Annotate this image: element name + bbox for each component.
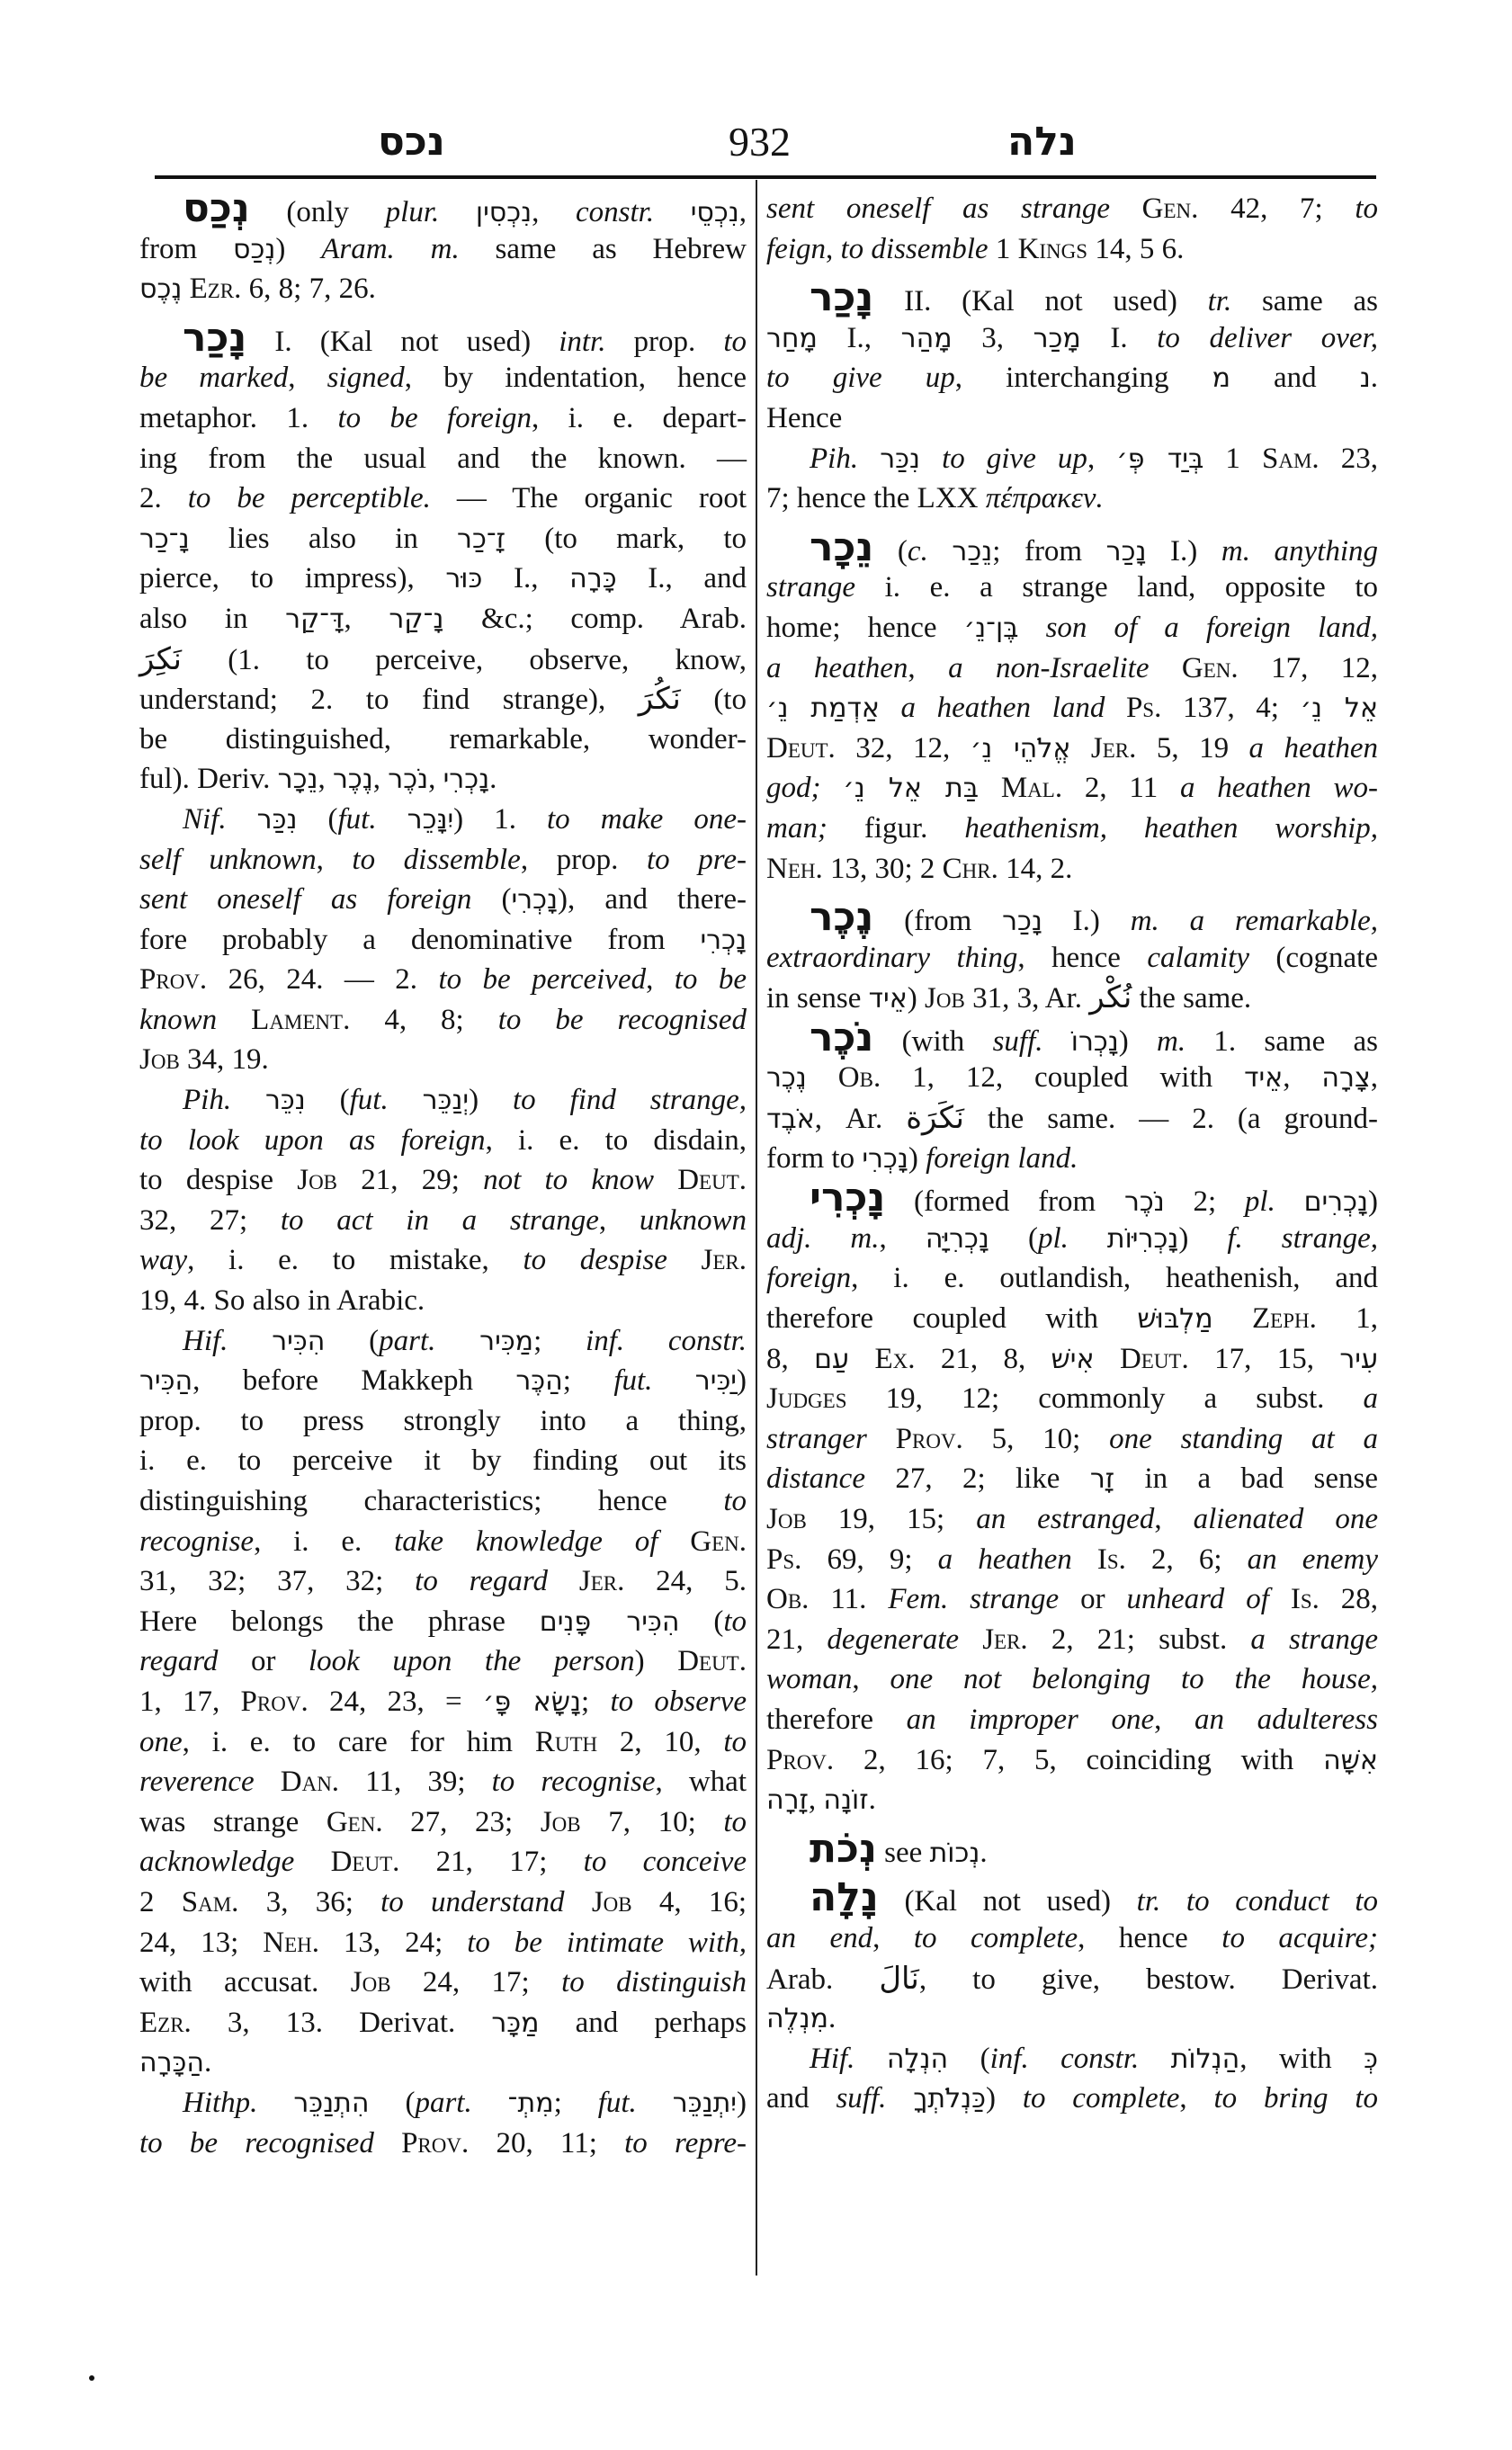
hebrew-word: מָהַר [901,323,953,354]
italic-run: inf. constr. [990,2043,1140,2075]
text-run [231,1084,265,1116]
text-run: I. [1081,322,1157,354]
book-reference: Prov. [241,1685,309,1718]
text-run: , [646,963,675,996]
text-line: sent oneself as strange Gen. 42, 7; to [766,189,1378,229]
text-line: ful). Deriv. נֵכָר, נֶכֶר, נֹכֶר, נָכְרִ… [139,759,747,800]
text-run: 2; [1165,1185,1245,1218]
text-line: נָכַר I. (Kal not used) intr. prop. to [139,318,747,359]
text-run: the same. — 2. (a ground- [964,1103,1378,1135]
hebrew-word: מַלְבּוּשׁ [1137,1303,1212,1335]
text-run: 13, 24; [319,1927,467,1959]
hebrew-word: כּוּר [445,563,482,595]
hebrew-word: בְּיַד פְּ׳ [1116,443,1203,475]
text-run: ( [679,1605,723,1638]
text-run: ( [306,1084,350,1116]
text-run: 69, 9; [801,1543,937,1576]
text-run: ), and there- [558,883,747,916]
text-run: , [1154,1703,1194,1736]
italic-run: constr. [576,196,654,228]
headword: נָכַר [810,274,873,320]
book-reference: Deut. [677,1164,747,1196]
text-line: to give up, interchanging מ and נ. [766,358,1378,398]
hebrew-word: הַכֶּר [515,1365,562,1397]
text-run: 3, [953,322,1033,354]
text-line: strange i. e. a strange land, opposite t… [766,568,1378,608]
italic-run: be marked [139,362,288,394]
text-line: Pih. נִכַּר to give up, בְּיַד פְּ׳ 1 Sa… [766,439,1378,479]
book-reference: Prov. [139,963,207,996]
text-run: ) [1178,1222,1227,1255]
italic-run: part. [415,2087,471,2119]
book-reference: Gen. [690,1525,747,1558]
text-line: 32, 27; to act in a strange, unknown [139,1201,747,1241]
italic-run: to complete [1023,2082,1180,2115]
book-reference: Job [592,1886,632,1918]
book-reference: Kings [1018,233,1088,265]
italic-run: god; [766,772,821,804]
text-run: , [852,1663,890,1695]
text-line: Prov. 26, 24. — 2. to be perceived, to b… [139,960,747,1000]
text-run: 5, 19 [1136,732,1248,765]
text-run: . [204,2046,211,2079]
italic-run: distance [766,1462,865,1495]
hebrew-word: נֶכֶס [139,273,182,305]
text-run [228,1325,272,1357]
italic-run: to understand [380,1886,564,1918]
text-run: . [869,1784,876,1816]
text-run: , interchanging [955,362,1212,394]
text-run [880,692,901,724]
text-run: figur. [828,812,965,845]
arabic-word: نَكِرَ [139,641,182,677]
italic-run: to [723,1806,747,1838]
book-reference: Is. [1291,1583,1320,1615]
hebrew-word: מָכַר [1033,323,1081,354]
hebrew-word: אֱלֹהֵי נֵ׳ [971,733,1071,765]
italic-run: c. [908,535,928,568]
italic-run: look upon the person [309,1645,635,1677]
text-run: i. e. to perceive it by finding out its [139,1444,747,1477]
book-reference: Ruth [535,1726,597,1758]
hebrew-word: בַּת אֵל נֵ׳ [843,773,979,804]
hebrew-word: הַכִּיר [139,1365,192,1397]
italic-run: fut. [338,803,377,836]
book-reference: Is. [1097,1543,1126,1576]
right-column: sent oneself as strange Gen. 42, 7; tofe… [766,189,1378,2119]
hebrew-word: אֵיד [869,983,908,1015]
book-reference: Jer. [702,1244,747,1276]
italic-run: pl. [1038,1222,1069,1255]
text-run: ( [370,2087,416,2119]
hebrew-word: נֵכָר [278,764,318,795]
text-run: Arab. [766,1963,879,1996]
italic-run: alienated one [1194,1503,1378,1535]
text-run: 6, 8; 7, 26. [241,273,375,305]
text-line: be distinguished, remarkable, wonder- [139,720,747,760]
text-run: (to mark, to [505,523,747,555]
text-run: 3, 13. Derivat. [192,2007,492,2039]
text-line: אֹבֶד, Ar. نَكَرَة the same. — 2. (a gro… [766,1098,1378,1139]
italic-run: suff. [836,2082,886,2115]
italic-run: to observe [610,1685,747,1718]
italic-run: degenerate [827,1623,959,1656]
text-run: I. (Kal not used) [246,326,559,358]
text-run [374,2127,401,2159]
text-run: . [1371,362,1378,394]
text-run: , [872,1922,914,1954]
text-run: 23, [1320,443,1378,475]
hebrew-word: נָשָׂא פָּ׳ [483,1686,581,1718]
text-run: 8, [766,1343,814,1375]
italic-run: f. strange, [1227,1222,1378,1255]
italic-run: an enemy [1248,1543,1378,1576]
text-run: form to [766,1142,862,1175]
text-run: same as Hebrew [460,233,747,265]
text-run [858,443,880,475]
text-run: in a bad sense [1114,1462,1378,1495]
italic-run: foreign land. [926,1142,1078,1175]
text-run: 24, 13; [139,1927,263,1959]
headword: נֹכֶר [810,1015,873,1060]
italic-run: sent oneself as foreign [139,883,471,916]
text-line: form to נָכְרִי) foreign land. [766,1139,1378,1179]
hebrew-word: הַכָּרָה [139,2047,204,2079]
headword: נֶכֶר [810,894,873,940]
text-line: זָרָה, זוֹנָה. [766,1780,1378,1820]
text-run: , [826,233,841,265]
hebrew-word: נֶכֶר [766,1062,807,1094]
text-run [658,1525,690,1558]
text-line: distinguishing characteristics; hence to [139,1481,747,1522]
hebrew-word: נָכַר [1106,536,1147,568]
text-line: man; figur. heathenism, heathen worship, [766,809,1378,849]
text-run: (from [873,905,1002,937]
text-run: same as [1231,285,1378,317]
italic-run: to pre- [647,844,747,876]
text-run: 2, 11 [1062,772,1180,804]
headword: נָלָה [810,1874,879,1920]
book-reference: Gen. [1142,192,1199,225]
text-run: ( [471,883,511,916]
text-run [654,1164,677,1196]
text-run: (with [873,1025,992,1058]
text-line: also in דָּ־קַר, נָ־קַר &c.; comp. Arab. [139,599,747,639]
text-run [920,443,942,475]
book-reference: Job [297,1164,337,1196]
hebrew-word: דָּ־קַר [285,604,344,635]
text-line: Hif. הִנְלָה (inf. constr. הַנְלוֹת, wit… [766,2039,1378,2079]
book-reference: Sam. [182,1886,239,1918]
hebrew-word: נֹכֶר [1124,1186,1165,1218]
text-run: (formed from [885,1185,1124,1218]
italic-run: to be [675,963,747,996]
italic-run: an estranged [976,1503,1154,1535]
text-line: extraordinary thing, hence calamity (cog… [766,938,1378,979]
hebrew-word: זָרָה [766,1784,809,1816]
italic-run: signed [327,362,405,394]
running-head-right-word: נלה [1007,117,1077,167]
text-run: 1 [1203,443,1262,475]
text-run: , [1087,443,1116,475]
text-line: god; בַּת אֵל נֵ׳ Mal. 2, 11 a heathen w… [766,768,1378,809]
book-reference: Mal. [1001,772,1062,804]
text-line: נֶכֶר (from נָכַר I.) m. a remarkable, [766,898,1378,938]
headword: נָכְרִי [810,1175,885,1221]
italic-run: to regard [415,1565,548,1597]
hebrew-word: מ [1212,362,1230,394]
text-run: and perhaps [540,2007,747,2039]
text-line: regard or look upon the person) Deut. [139,1641,747,1682]
text-line: understand; 2. to find strange), نَكُرَ … [139,679,747,720]
italic-run: suff. [993,1025,1043,1058]
text-run: , before Makkeph [192,1364,515,1397]
text-run: therefore [766,1703,907,1736]
book-reference: Chr. [943,853,998,885]
text-run: , [288,362,327,394]
text-run: , [317,844,353,876]
text-run [1105,692,1126,724]
text-run [389,1084,423,1116]
book-reference: Zeph. [1252,1302,1317,1335]
italic-run: Nif. [183,803,227,836]
text-run: see [877,1837,930,1869]
italic-run: unknown [640,1204,747,1237]
text-line: Hif. הִכִּיר (part. מַכִּיר; inf. constr… [139,1321,747,1362]
text-run: 1. same as [1185,1025,1378,1058]
hebrew-word: יִתְנַכֵּר [673,2088,737,2119]
text-run: 11. [809,1583,888,1615]
text-run: I.) [1146,535,1221,568]
text-run: was strange [139,1806,327,1838]
text-run: ( [948,2043,989,2075]
text-line: 19, 4. So also in Arabic. [139,1281,747,1321]
text-run [1275,1185,1304,1218]
text-run [637,2087,673,2119]
text-run [1069,1222,1107,1255]
hebrew-word: יִנָּכֵר [407,804,454,836]
hebrew-word: נָכְרִי [443,764,490,795]
text-run: 5, 10; [963,1423,1109,1455]
text-line: ing from the usual and the known. — [139,439,747,479]
text-run: 14, 5 6. [1087,233,1184,265]
text-run [1110,192,1142,225]
text-run: the same. [1132,982,1251,1015]
italic-run: acknowledge [139,1846,294,1878]
text-run: ; [533,1325,586,1357]
text-run [979,772,1001,804]
text-line: נֶכֶס Ezr. 6, 8; 7, 26. [139,269,747,309]
text-line: in sense אֵיד) Job 31, 3, Ar. نُكْر the … [766,978,1378,1018]
text-run [1043,1025,1071,1058]
text-line: and suff. כַּנְלֹתְךָ) to complete, to b… [766,2079,1378,2119]
text-line: אַדְמַת נֵ׳ a heathen land Ps. 137, 4; א… [766,688,1378,729]
italic-run: self unknown [139,844,317,876]
text-line: woman, one not belonging to the house, [766,1659,1378,1700]
text-run: 17, 15, [1189,1343,1340,1375]
italic-run: son of a foreign land, [1046,612,1378,644]
text-run [377,803,407,836]
text-run: 21, 29; [337,1164,483,1196]
text-run [435,1325,479,1357]
text-run [1070,732,1090,765]
text-run: ing from the usual and the known. — [139,443,747,475]
italic-run: Hithp. [183,2087,257,2119]
italic-run: a heathen [938,1543,1072,1576]
italic-run: to make one- [547,803,747,836]
italic-run: to be foreign [337,402,532,434]
book-reference: Deut. [677,1645,747,1677]
text-run: , hence [1078,1922,1221,1954]
text-run [217,1004,251,1036]
text-run: in sense [766,982,869,1015]
text-run: , [880,1222,926,1255]
text-line: an end, to complete, hence to acquire; [766,1918,1378,1959]
hebrew-word: נָכְרִי [700,925,747,956]
italic-run: to [723,326,747,358]
text-line: to be recognised Prov. 20, 11; to repre- [139,2124,747,2164]
text-run: , [373,763,389,795]
text-run: ) [1119,1025,1157,1058]
text-run: (to [681,684,747,716]
hebrew-word: הַנְלוֹת [1171,2043,1240,2075]
italic-run: a non-Israelite [948,652,1149,684]
book-reference: Job [139,1043,180,1076]
hebrew-word: נִכְסִין [476,197,532,228]
text-run: metaphor. 1. [139,402,337,434]
text-run: (cognate [1249,942,1378,974]
text-run: 1, [1317,1302,1378,1335]
text-line: Job 34, 19. [139,1040,747,1080]
book-reference: Gen. [327,1806,383,1838]
text-run: 24, 17; [391,1966,562,1998]
text-line: from נְכַס) Aram. m. same as Hebrew [139,229,747,270]
text-run: ( [297,803,337,836]
text-run: 2, 6; [1126,1543,1248,1576]
hebrew-word: מָחַר [766,323,818,354]
text-run: ) [635,1645,678,1677]
text-run: ) [737,2087,747,2119]
italic-run: to be recognised [498,1004,747,1036]
italic-run: known [139,1004,217,1036]
text-run: , [809,1784,824,1816]
headword: נֵכָר [810,524,873,570]
book-reference: Ezr. [190,273,242,305]
text-run: 4, 8; [350,1004,497,1036]
italic-run: Hif. [183,1325,228,1357]
text-line: מִנְלֶה. [766,1998,1378,2039]
text-run: I., [482,562,569,595]
text-line: Job 19, 15; an estranged, alienated one [766,1499,1378,1540]
text-line: נְכַס (only plur. נִכְסִין, constr. נִכְ… [139,189,747,229]
italic-run: fut. [613,1364,652,1397]
text-run: 28, [1320,1583,1378,1615]
text-line: foreign, i. e. outlandish, heathenish, a… [766,1258,1378,1299]
italic-run: m. anything [1221,535,1378,568]
italic-run: foreign [766,1262,851,1294]
text-run: and [766,2082,836,2115]
book-reference: Prov. [766,1744,834,1776]
book-reference: Deut. [1120,1343,1189,1375]
text-line: distance 27, 2; like זָר in a bad sense [766,1459,1378,1499]
text-run: 31, 32; 37, 32; [139,1565,415,1597]
hebrew-word: זָ־כַר [457,523,505,555]
book-reference: Job [766,1503,807,1535]
book-reference: Gen. [1182,652,1239,684]
text-line: Ob. 11. Fem. strange or unheard of Is. 2… [766,1579,1378,1620]
text-run [886,2082,913,2115]
text-run: , [1283,1061,1321,1094]
hebrew-word: צָרָה [1321,1062,1370,1094]
column-divider [756,180,757,2276]
hebrew-word: נִכַּר [257,804,298,836]
text-line: 31, 32; 37, 32; to regard Jer. 24, 5. [139,1561,747,1602]
text-line: be marked, signed, by indentation, hence [139,358,747,398]
text-line: הַכִּיר, before Makkeph הַכֶּר; fut. יַכ… [139,1361,747,1401]
text-run [867,1423,896,1455]
hebrew-word: אִשָּׁה [1323,1745,1378,1776]
hebrew-word: נְכַס [233,234,275,265]
italic-run: to look upon as foreign [139,1124,486,1157]
hebrew-word: יַכִּיר [695,1365,737,1397]
book-reference: Jer. [1091,732,1136,765]
hebrew-word: נָכַר [1002,906,1042,937]
text-run: , [1179,2082,1213,2115]
italic-run: part. [379,1325,435,1357]
book-reference: Neh. [766,853,823,885]
text-line: reverence Dan. 11, 39; to recognise, wha… [139,1762,747,1802]
text-line: metaphor. 1. to be foreign, i. e. depart… [139,398,747,439]
text-run: 24, 23, = [309,1685,483,1718]
hebrew-word: מַכָּר [491,2007,539,2039]
italic-run: to be recognised [139,2127,374,2159]
text-line: 21, degenerate Jer. 2, 21; subst. a stra… [766,1620,1378,1660]
text-run [1213,1302,1252,1335]
text-run [548,1565,579,1597]
text-run: 24, 5. [624,1565,747,1597]
text-run: ) [737,1364,747,1397]
hebrew-word: נָכְרִים [1304,1186,1368,1218]
book-reference: Deut. [331,1846,400,1878]
italic-run: to [723,1726,747,1758]
italic-run: unheard of [1127,1583,1269,1615]
arabic-word: نَالَ [879,1961,919,1997]
text-run: ; from [992,535,1105,568]
text-line: acknowledge Deut. 21, 17; to conceive [139,1842,747,1882]
text-line: i. e. to perceive it by finding out its [139,1441,747,1481]
text-line: Neh. 13, 30; 2 Chr. 14, 2. [766,849,1378,890]
text-run [928,535,953,568]
italic-run: one standing at a [1109,1423,1378,1455]
text-run: ) 1. [453,803,547,836]
hebrew-word: נְכוֹת [930,1837,980,1869]
text-run: ; [554,2087,598,2119]
text-run: ( [873,535,908,568]
italic-run: to act in a strange [281,1204,599,1237]
text-line: therefore coupled with מַלְבּוּשׁ Zeph. … [766,1299,1378,1339]
text-run: 1, 17, [139,1685,241,1718]
hebrew-word: מַכִּיר [479,1326,533,1357]
text-run: home; hence [766,612,964,644]
text-line: way, i. e. to mistake, to despise Jer. [139,1240,747,1281]
italic-run: extraordinary thing [766,942,1017,974]
text-run: or [218,1645,309,1677]
text-run: . [980,1837,987,1869]
italic-run: heathenism, heathen worship, [964,812,1378,845]
text-run [1072,1543,1097,1576]
italic-run: strange [766,571,855,604]
text-run: , prop. [521,844,647,876]
